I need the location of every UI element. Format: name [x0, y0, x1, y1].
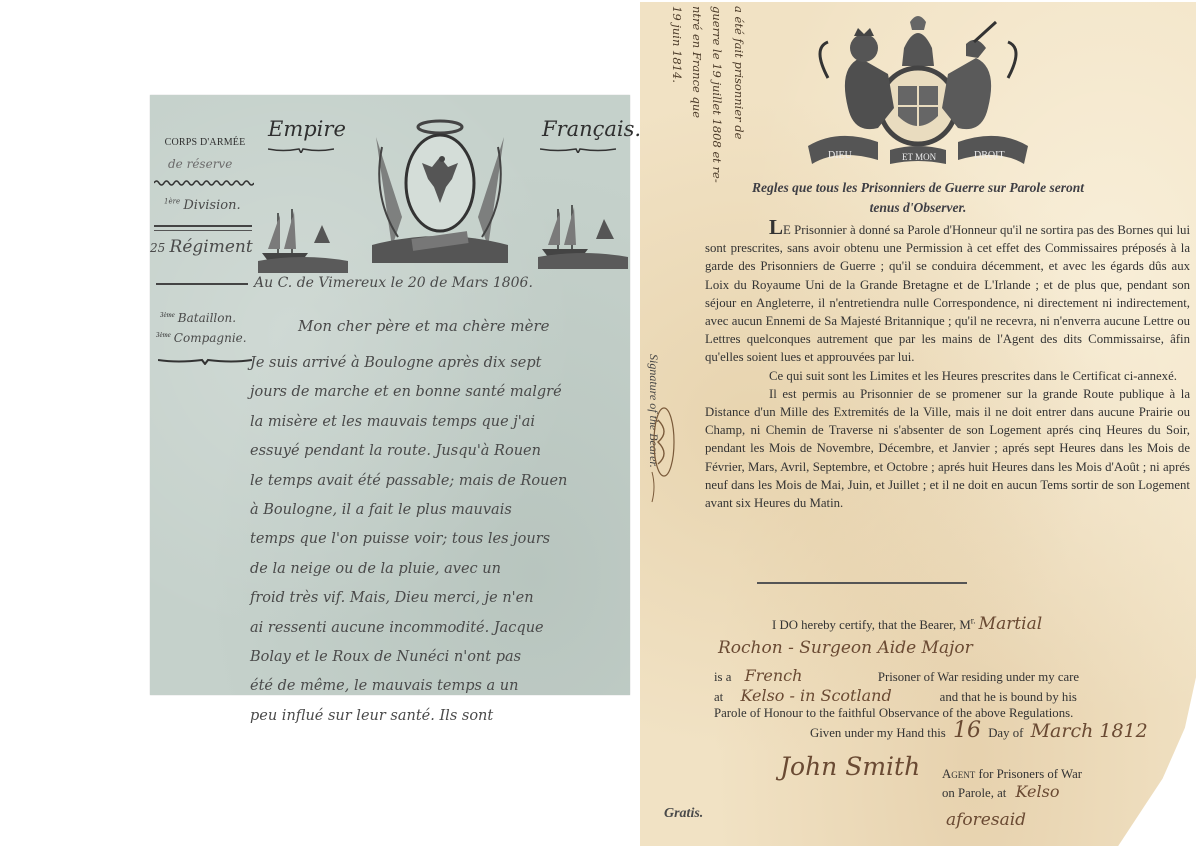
regulations-title: Regles que tous les Prisonniers de Guerr…	[680, 178, 1156, 218]
letter-line: de la neige ou de la pluie, avec un	[250, 555, 622, 584]
day-of-text: Day of	[988, 726, 1023, 740]
wavy-divider-icon	[154, 179, 254, 187]
side-note-line: ntré en France que	[690, 6, 704, 118]
bataillon-label: Bataillon.	[178, 311, 236, 325]
compagnie-field: 3ème Compagnie.	[156, 331, 247, 346]
cert-intro: I DO hereby certify, that the Bearer, M	[772, 618, 971, 632]
motto-droit: DROIT	[974, 150, 1005, 161]
letter-line: peu influé sur leur santé. Ils sont	[250, 702, 622, 731]
at-label: at	[714, 690, 723, 704]
sailing-ship-vignette-icon	[258, 203, 348, 273]
division-field: 1ère Division.	[164, 197, 241, 213]
bearer-signature-scrawl-icon	[646, 402, 680, 512]
corps-label: CORPS D'ARMÉE	[162, 137, 248, 148]
on-parole-at: on Parole, at	[942, 786, 1006, 800]
handwritten-side-note: a été fait prisonnier de guerre le 19 ju…	[654, 2, 754, 162]
letter-line: ai ressenti aucune incommodité. Jacque	[250, 614, 622, 643]
issue-day: 16	[949, 718, 985, 743]
side-note-line: a été fait prisonnier de	[732, 6, 746, 139]
letter-body: Je suis arrivé à Boulogne après dix sept…	[250, 349, 622, 731]
flourish-divider-icon	[158, 357, 252, 365]
agent-block: Agent for Prisoners of War on Parole, at…	[942, 766, 1082, 802]
section-divider	[757, 582, 967, 584]
french-letter-document: CORPS D'ARMÉE de réserve 1ère Division. …	[150, 95, 630, 695]
given-text: Given under my Hand this	[810, 726, 946, 740]
bataillon-number: 3ème	[160, 311, 175, 319]
letter-line: froid très vif. Mais, Dieu merci, je n'e…	[250, 584, 622, 613]
regiment-number: 25	[150, 241, 165, 255]
regiment-field: 25 Régiment	[150, 237, 253, 257]
motto-dieu: DIEU	[828, 150, 853, 161]
prisoner-text: Prisoner of War residing under my care	[878, 670, 1079, 684]
side-note-line: guerre le 19 juillet 1808 et re-	[710, 6, 724, 183]
compagnie-label: Compagnie.	[174, 331, 247, 345]
bearer-first-name: Martial	[979, 614, 1043, 634]
residence-location: Kelso - in Scotland	[726, 686, 936, 705]
gratis-label: Gratis.	[664, 806, 703, 822]
title-line: Regles que tous les Prisonniers de Guerr…	[680, 178, 1156, 198]
issue-month-year: March 1812	[1027, 720, 1148, 742]
sailing-ship-vignette-icon	[538, 199, 628, 269]
issue-date-line: Given under my Hand this 16 Day of March…	[810, 718, 1148, 743]
regulation-paragraph: E Prisonnier à donné sa Parole d'Honneur…	[705, 223, 1190, 364]
double-rule-divider	[154, 225, 252, 231]
header-empire: Empire	[268, 117, 346, 141]
agent-label: Agent	[942, 767, 975, 781]
regulation-paragraph: Ce qui suit sont les Limites et les Heur…	[705, 367, 1190, 385]
flourish-underline-icon	[268, 147, 334, 153]
flourish-underline-icon	[540, 147, 616, 153]
letter-dateline: Au C. de Vimereux le 20 de Mars 1806.	[254, 275, 533, 291]
rule-divider	[156, 283, 248, 285]
compagnie-number: 3ème	[156, 331, 171, 339]
letter-line: été de même, le mauvais temps a un	[250, 672, 622, 701]
agent-location: Kelso	[1010, 782, 1060, 801]
is-a-label: is a	[714, 670, 731, 684]
letter-line: le temps avait été passable; mais de Rou…	[250, 467, 622, 496]
letter-line: à Boulogne, il a fait le plus mauvais	[250, 496, 622, 525]
division-label: Division.	[183, 198, 240, 213]
prisoner-nationality: French	[735, 666, 875, 685]
side-note-line: 19 juin 1814.	[670, 6, 684, 83]
header-francais: Français.	[542, 117, 641, 141]
letter-line: temps que l'on puisse voir; tous les jou…	[250, 525, 622, 554]
agent-signature: John Smith	[780, 752, 920, 781]
imperial-eagle-emblem-icon	[362, 117, 518, 267]
drop-cap: L	[769, 215, 783, 239]
division-number: 1ère	[164, 198, 180, 206]
letter-line: Bolay et le Roux de Nunéci n'ont pas	[250, 643, 622, 672]
letter-line: Je suis arrivé à Boulogne après dix sept	[250, 349, 622, 378]
bound-text: and that he is bound by his	[940, 690, 1077, 704]
regulations-body: LE Prisonnier à donné sa Parole d'Honneu…	[705, 220, 1190, 512]
regiment-label: Régiment	[170, 237, 253, 257]
bearer-name-and-rank: Rochon - Surgeon Aide Major	[718, 638, 973, 658]
letter-line: jours de marche et en bonne santé malgré	[250, 378, 622, 407]
corps-value: de réserve	[168, 157, 232, 171]
bataillon-field: 3ème Bataillon.	[160, 311, 236, 326]
motto-et-mon: ET MON	[902, 152, 937, 162]
letter-greeting: Mon cher père et ma chère mère	[298, 317, 550, 335]
royal-coat-of-arms-icon: DIEU ET MON DROIT	[798, 8, 1038, 170]
parole-certificate-document: a été fait prisonnier de guerre le 19 ju…	[640, 2, 1196, 846]
aforesaid-text: aforesaid	[946, 810, 1026, 830]
title-line: tenus d'Observer.	[680, 198, 1156, 218]
regulation-paragraph: Il est permis au Prisonnier de se promen…	[705, 385, 1190, 512]
letter-line: la misère et les mauvais temps que j'ai	[250, 408, 622, 437]
letter-line: essuyé pendant la route. Jusqu'à Rouen	[250, 437, 622, 466]
